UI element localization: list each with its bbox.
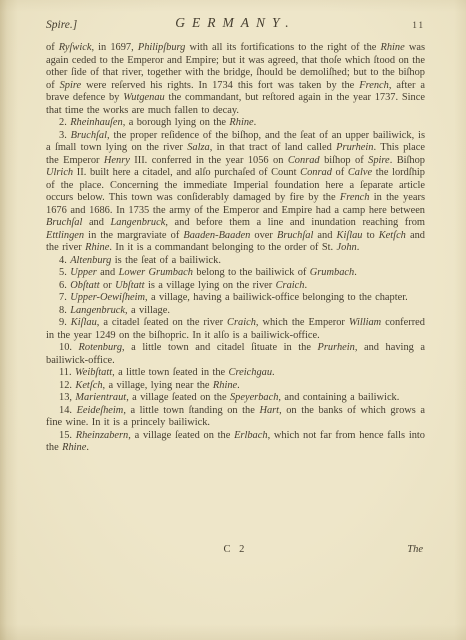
page-content: Spire.] GERMANY. 11 of Ryſwick, in 1697,… — [46, 15, 425, 455]
paragraph-5: 5. Upper and Lower Grumbach belong to th… — [46, 267, 425, 280]
catchword: The — [407, 544, 423, 555]
running-title-center: GERMANY. — [46, 15, 425, 31]
paragraph-8: 8. Langenbruck, a village. — [46, 305, 425, 318]
paragraph-6: 6. Obſtatt or Ubſtatt is a village lying… — [46, 280, 425, 293]
paragraph-2: 2. Rheinhauſen, a borough lying on the R… — [46, 117, 425, 130]
page-body: of Ryſwick, in 1697, Philipſburg with al… — [46, 42, 425, 455]
paragraph-12: 12. Ketſch, a village, lying near the Rh… — [46, 380, 425, 393]
paragraph-14: 14. Eeideſheim, a little town ſtanding o… — [46, 405, 425, 430]
page-footer: C 2 The — [46, 544, 425, 558]
paragraph-15: 15. Rheinzabern, a village ſeated on the… — [46, 430, 425, 455]
paragraph-3: 3. Bruchſal, the proper reſidence of the… — [46, 130, 425, 255]
page-header: Spire.] GERMANY. 11 — [46, 15, 425, 34]
paragraph-10: 10. Rotenburg, a little town and citadel… — [46, 342, 425, 367]
paragraph-1: of Ryſwick, in 1697, Philipſburg with al… — [46, 42, 425, 117]
paragraph-4: 4. Altenburg is the ſeat of a bailiwick. — [46, 255, 425, 268]
paragraph-11: 11. Weibſtatt, a little town ſeated in t… — [46, 367, 425, 380]
signature-mark: C 2 — [46, 544, 425, 555]
page-number: 11 — [412, 20, 425, 30]
paragraph-13: 13, Marientraut, a village ſeated on the… — [46, 392, 425, 405]
paragraph-7: 7. Upper-Oewiſheim, a village, having a … — [46, 292, 425, 305]
book-page: Spire.] GERMANY. 11 of Ryſwick, in 1697,… — [0, 0, 466, 640]
paragraph-9: 9. Kiſlau, a citadel ſeated on the river… — [46, 317, 425, 342]
